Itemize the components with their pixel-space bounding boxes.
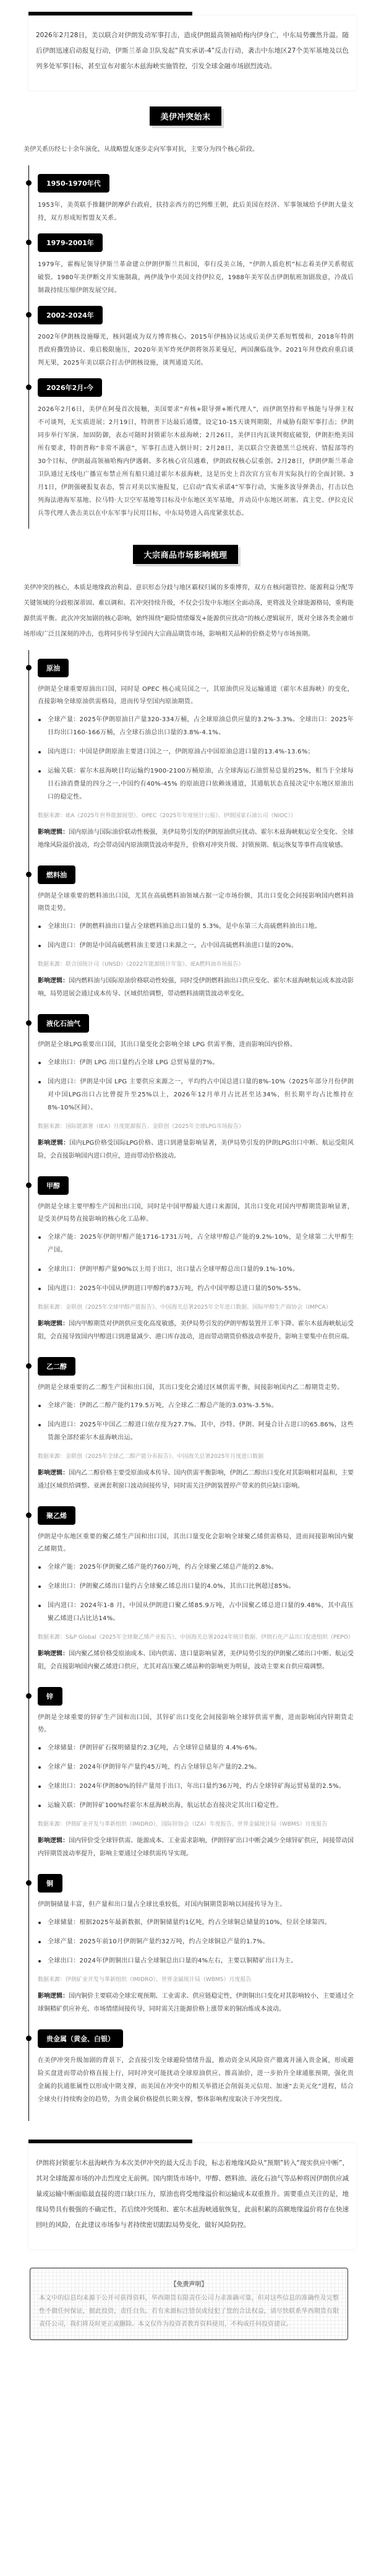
commodity-bullets: 全球产能：伊朗乙二醇产能约179.5万吨，占全球乙二醇总产能的3.03%-3.5…: [38, 1399, 354, 1444]
timeline-item: 2002-2024年 2002年伊朗核设施曝光，核问题成为双方博弈核心。2015…: [38, 306, 354, 370]
bullet-item: 全球出口：2024年伊朗80%的锌产量用于出口，年出口量约36万吨，约占全球锌矿…: [38, 1780, 354, 1793]
impact-logic: 影响逻辑：国内原油与国际油价联动性极强，美伊局势引发的伊朗原油供应扰动、霍尔木兹…: [38, 826, 354, 852]
commodity-bullets: 全球产量：2025年伊朗原油日产量320-334万桶，占全球原油总供应量的3.2…: [38, 713, 354, 804]
commodity-methanol: 甲醇 伊朗是全球主要甲醇生产国和出口国，同时是中国甲醇最大进口来源国，其出口变化…: [38, 1176, 354, 1343]
bullet-item: 全球产能：伊朗乙二醇产能约179.5万吨，占全球乙二醇总产能的3.03%-3.5…: [38, 1399, 354, 1412]
commodity-tag: 燃料油: [38, 865, 75, 884]
impact-logic: 影响逻辑：国内铜价主要联动全球宏观预期、工业需求、供应链稳定性，伊朗铜出口变化对…: [38, 1990, 354, 2016]
impact-label: 影响逻辑：: [38, 1321, 69, 1327]
timeline-text: 1979年，霍梅尼领导伊斯兰革命建立伊朗伊斯兰共和国，奉行反美立场，“伊朗人质危…: [38, 258, 354, 297]
timeline-text: 1953年，美英联手推翻伊朗摩萨台政府，扶持亲西方的巴列维王朝，此后美国在经济、…: [38, 199, 354, 225]
bullet-item: 国内进口：2024年1-8 月，中国从伊朗进口聚乙烯85.9万吨，占中国聚乙烯总…: [38, 1599, 354, 1625]
impact-logic: 影响逻辑：国内甲醇期货对伊朗供应变化高度敏感，美伊局势引发的伊朗甲醇装置开工率下…: [38, 1317, 354, 1343]
bullet-item: 全球产量：2025年伊朗原油日产量320-334万桶，占全球原油总供应量的3.2…: [38, 713, 354, 739]
impact-text: 国内LPG价格受国际LPG价格、进口到港量影响显著，美伊局势引发的伊朗LPG出口…: [38, 1140, 354, 1160]
section-title-commodities: 大宗商品市场影响梳理: [133, 545, 237, 564]
commodity-tag: 贵金属（黄金、白银）: [38, 2029, 123, 2048]
commodity-intro: 伊朗是全球重要的燃料油出口国，尤其在高硫燃料油领域占据一定市场份额，其出口变化会…: [38, 890, 354, 915]
section1-lead: 美伊关系历经七十余年演化，从战略盟友逐步走向军事对抗，主要分为四个核心阶段。: [23, 142, 354, 157]
commodity-polyethylene: 聚乙烯 伊朗是中东地区重要的聚乙烯生产国和出口国，其出口量变化会影响全球聚乙烯供…: [38, 1506, 354, 1673]
bullet-item: 全球产能：2025年伊朗甲醇产能1716-1731万吨，占全球甲醇总产能的9.2…: [38, 1231, 354, 1257]
impact-label: 影响逻辑：: [38, 1650, 69, 1657]
bullet-item: 国内进口：伊朗是中国高硫燃料油主要进口来源之一，占中国高硫燃料油进口量的20%。: [38, 939, 354, 952]
bullet-item: 全球产量：2025年前10月伊朗铜产量约32万吨，约占全球铜总产量的1.7%。: [38, 1935, 354, 1948]
article-page: 2026年2月28日，美以联合对伊朗发动军事打击，造成伊朗最高领袖哈梅内伊身亡，…: [0, 12, 371, 2365]
bullet-item: 国内进口：中国是伊朗原油主要进口国之一，伊朗原油占中国原油总进口量的13.4%-…: [38, 745, 354, 758]
bullet-item: 运输关联：伊朗锌矿100%经霍尔木兹海峡出海，航运状态直接决定其出口稳定性。: [38, 1799, 354, 1812]
impact-text: 国内铜价主要联动全球宏观预期、工业需求、供应链稳定性，伊朗铜出口变化对其影响较小…: [38, 1993, 354, 2013]
commodity-intro: 伊朗是中东地区重要的聚乙烯生产国和出口国，其出口量变化会影响全球聚乙烯供需格局，…: [38, 1531, 354, 1556]
disclaimer-title: 【免责声明】: [39, 2279, 339, 2291]
commodity-bullets: 全球储量：根据2025年最新数据，伊朗铜储量约1亿吨，约占全球铜总储量的10%，…: [38, 1916, 354, 1967]
impact-text: 国内燃料油与国际原油价格联动性较强，同时受伊朗燃料油出口供应变化、霍尔木兹海峡航…: [38, 978, 354, 997]
timeline-tag: 2002-2024年: [38, 306, 103, 324]
commodity-bullets: 全球产能：2025年伊朗甲醇产能1716-1731万吨，占全球甲醇总产能的9.2…: [38, 1231, 354, 1295]
commodity-tag: 铜: [38, 1874, 62, 1893]
data-source: 数据来源：伊朗矿业开发与革新组织（IMIDRO）、国际锌协会（IZA）年度报告、…: [38, 1818, 354, 1831]
timeline-dot-icon: [26, 1182, 32, 1188]
impact-label: 影响逻辑：: [38, 1140, 69, 1147]
impact-label: 影响逻辑：: [38, 978, 69, 984]
data-source: 数据来源：联合国统计司（UNSD）《2022年能源统计年鉴》、IEA燃料油市场报…: [38, 958, 354, 971]
commodity-intro: 伊朗是全球重要的乙二醇生产国和出口国，其出口变化会通过区域供需平衡，间接影响国内…: [38, 1382, 354, 1394]
impact-text: 国内乙二醇价格主要受原油成本传导、国内供需平衡影响，伊朗乙二醇出口变化对其影响相…: [38, 1470, 354, 1490]
impact-label: 影响逻辑：: [38, 1470, 69, 1477]
timeline-dot-icon: [26, 1363, 32, 1369]
commodity-precious-metals: 贵金属（黄金、白银） 在美伊冲突升级加剧的背景下，会直接引发全球避险情绪升温，推…: [38, 2029, 354, 2106]
data-source: 数据来源：S&P Global《2025年全球聚乙烯产业报告》、中国海关总署20…: [38, 1631, 354, 1644]
impact-logic: 影响逻辑：国内锌价受全球锌供需、能源成本、工业需求影响，伊朗锌矿出口中断会减少全…: [38, 1834, 354, 1860]
impact-text: 国内锌价受全球锌供需、能源成本、工业需求影响，伊朗锌矿出口中断会减少全球锌矿供应…: [38, 1837, 354, 1857]
conflict-timeline: 1950-1970年代 1953年，美英联手推翻伊朗摩萨台政府，扶持亲西方的巴列…: [28, 165, 354, 529]
bullet-item: 全球出口：伊朗聚乙烯出口量约占全球聚乙烯总出口量的4.0%，其出口比例超过85%…: [38, 1580, 354, 1593]
commodity-lpg: 液化石油气 伊朗是全球LPG重要出口国，其出口量变化会影响全球 LPG 供需平衡…: [38, 1014, 354, 1163]
bullet-item: 全球出口：伊朗 LPG 出口量约占全球 LPG 总贸易量的7%。: [38, 1056, 354, 1069]
data-source: 数据来源：金联创《2025年全球乙二醇产能分布报告》、中国海关总署2025年月度…: [38, 1451, 354, 1463]
timeline-text: 2002年伊朗核设施曝光，核问题成为双方博弈核心。2015年伊核协议达成后美伊关…: [38, 331, 354, 370]
data-source: 数据来源：金联创《2025年全球甲醇产能报告》、中国海关总署2025年全年进口数…: [38, 1301, 354, 1314]
commodity-tag: 原油: [38, 659, 69, 677]
bullet-item: 全球出口：伊朗燃料油出口量占全球燃料油总出口量的 5.3%，是中东第三大高硫燃料…: [38, 920, 354, 933]
commodity-crude-oil: 原油 伊朗是全球重要原油出口国，同时是 OPEC 核心成员国之一，其原油供应及运…: [38, 659, 354, 852]
timeline-dot-icon: [26, 240, 32, 245]
bullet-item: 运输关联：霍尔木兹海峡日均运输约1900-2100万桶原油，占全球海运石油贸易总…: [38, 765, 354, 804]
commodity-tag: 聚乙烯: [38, 1506, 75, 1525]
commodity-intro: 伊朗是全球重要的锌矿生产国和出口国，其锌矿出口变化会间接影响全球锌供需平衡，进而…: [38, 1712, 354, 1737]
intro-text: 2026年2月28日，美以联合对伊朗发动军事打击，造成伊朗最高领袖哈梅内伊身亡，…: [36, 28, 349, 74]
timeline-tag: 2026年2月-今: [38, 378, 102, 397]
commodity-tag: 乙二醇: [38, 1357, 75, 1376]
conclusion-text: 伊朗将封锁霍尔木兹海峡作为本次美伊冲突的最大反击手段，标志着地缘风险从“预期”转…: [36, 2156, 349, 2233]
timeline-item: 2026年2月-今 2026年2月6日，美伊在阿曼首次接触，美国要求“弃核+限导…: [38, 378, 354, 520]
timeline-dot-icon: [26, 384, 32, 390]
commodity-intro: 伊朗铜储量丰富，但产量和出口量占全球比重较低，对国内铜期货影响以间接传导为主。: [38, 1899, 354, 1911]
bullet-item: 全球储量：伊朗锌矿石探明储量约2.3亿吨，占全球锌总储量的 4.4%-6%。: [38, 1741, 354, 1754]
commodity-ethylene-glycol: 乙二醇 伊朗是全球重要的乙二醇生产国和出口国，其出口变化会通过区域供需平衡，间接…: [38, 1357, 354, 1493]
bullet-item: 国内进口：伊朗是中国 LPG 主要供应来源之一，平均约占中国总进口量的8%-10…: [38, 1075, 354, 1114]
commodity-bullets: 全球产能：2025年伊朗聚乙烯产能约760万吨，约占全球聚乙烯总产能的2.8%。…: [38, 1561, 354, 1625]
commodity-timeline: 原油 伊朗是全球重要原油出口国，同时是 OPEC 核心成员国之一，其原油供应及运…: [28, 650, 354, 2121]
conclusion-card: 伊朗将封锁霍尔木兹海峡作为本次美伊冲突的最大反击手段，标志着地缘风险从“预期”转…: [28, 2140, 356, 2249]
timeline-tag: 1950-1970年代: [38, 174, 109, 193]
timeline-dot-icon: [26, 1020, 32, 1026]
section-title-conflict: 美伊冲突始末: [150, 106, 221, 126]
commodity-intro: 伊朗是全球LPG重要出口国，其出口量变化会影响全球 LPG 供需平衡，进而影响国…: [38, 1039, 354, 1051]
impact-text: 国内聚乙烯价格受原油成本、国内供需、进口量影响显著，美伊局势引发的伊朗聚乙烯出口…: [38, 1650, 354, 1670]
impact-logic: 影响逻辑：国内聚乙烯价格受原油成本、国内供需、进口量影响显著，美伊局势引发的伊朗…: [38, 1647, 354, 1673]
timeline-dot-icon: [26, 1512, 32, 1518]
timeline-item: 1950-1970年代 1953年，美英联手推翻伊朗摩萨台政府，扶持亲西方的巴列…: [38, 174, 354, 225]
bullet-item: 全球出口：2024年伊朗铜出口量占全球铜总出口量的4%左右，主要以铜精矿出口为主…: [38, 1954, 354, 1967]
commodity-zinc: 锌 伊朗是全球重要的锌矿生产国和出口国，其锌矿出口变化会间接影响全球锌供需平衡，…: [38, 1687, 354, 1860]
timeline-dot-icon: [26, 1880, 32, 1886]
timeline-item: 1979-2001年 1979年，霍梅尼领导伊斯兰革命建立伊朗伊斯兰共和国，奉行…: [38, 233, 354, 297]
commodity-bullets: 全球储量：伊朗锌矿石探明储量约2.3亿吨，占全球锌总储量的 4.4%-6%。 全…: [38, 1741, 354, 1812]
impact-label: 影响逻辑：: [38, 1837, 69, 1844]
impact-logic: 影响逻辑：国内乙二醇价格主要受原油成本传导、国内供需平衡影响，伊朗乙二醇出口变化…: [38, 1467, 354, 1493]
timeline-dot-icon: [26, 1693, 32, 1699]
bullet-item: 全球产能：2025年伊朗聚乙烯产能约760万吨，约占全球聚乙烯总产能的2.8%。: [38, 1561, 354, 1574]
timeline-dot-icon: [26, 665, 32, 670]
commodity-intro: 在美伊冲突升级加剧的背景下，会直接引发全球避险情绪升温，推动资金从风险资产撤离并…: [38, 2054, 354, 2106]
commodity-bullets: 全球出口：伊朗 LPG 出口量约占全球 LPG 总贸易量的7%。 国内进口：伊朗…: [38, 1056, 354, 1114]
timeline-dot-icon: [26, 180, 32, 186]
bullet-item: 全球储量：根据2025年最新数据，伊朗铜储量约1亿吨，约占全球铜总储量的10%，…: [38, 1916, 354, 1929]
bullet-item: 全球产量：2024年伊朗锌年产量约45万吨，约占全球锌总年产量的2.2%。: [38, 1761, 354, 1774]
commodity-intro: 伊朗是全球主要甲醇生产国和出口国，同时是中国甲醇最大进口来源国，其出口变化对国内…: [38, 1201, 354, 1226]
timeline-dot-icon: [26, 872, 32, 877]
section2-lead: 美伊冲突的核心，本质是地缘政治利益、意识形态分歧与地区霸权归属的多重博弈，双方在…: [23, 580, 354, 642]
timeline-tag: 1979-2001年: [38, 233, 103, 252]
commodity-tag: 液化石油气: [38, 1014, 89, 1033]
impact-logic: 影响逻辑：国内燃料油与国际原油价格联动性较强，同时受伊朗燃料油出口供应变化、霍尔…: [38, 974, 354, 1000]
commodity-tag: 甲醇: [38, 1176, 69, 1195]
timeline-dot-icon: [26, 312, 32, 318]
timeline-dot-icon: [26, 2036, 32, 2041]
impact-logic: 影响逻辑：国内LPG价格受国际LPG价格、进口到港量影响显著，美伊局势引发的伊朗…: [38, 1137, 354, 1163]
commodity-copper: 铜 伊朗铜储量丰富，但产量和出口量占全球比重较低，对国内铜期货影响以间接传导为主…: [38, 1874, 354, 2016]
impact-label: 影响逻辑：: [38, 1993, 69, 2000]
bullet-item: 全球出口：伊朗甲醇产量90%以上用于出口，出口量占全球甲醇总出口量的9.1%-1…: [38, 1263, 354, 1276]
commodity-tag: 锌: [38, 1687, 62, 1706]
bullet-item: 国内进口：2025年中国从伊朗进口甲醇约873万吨，约占中国甲醇总进口量的50%…: [38, 1282, 354, 1295]
data-source: 数据来源：IEA《2025年世界能源展望》、OPEC《2025年年度统计公报》、…: [38, 810, 354, 822]
data-source: 数据来源：国际能源署（IEA）月度能源报告、金联创《2025年全球LPG市场报告…: [38, 1121, 354, 1133]
impact-text: 国内甲醇期货对伊朗供应变化高度敏感，美伊局势引发的伊朗甲醇装置开工率下降、霍尔木…: [38, 1321, 354, 1340]
commodity-intro: 伊朗是全球重要原油出口国，同时是 OPEC 核心成员国之一，其原油供应及运输通道…: [38, 683, 354, 708]
intro-card: 2026年2月28日，美以联合对伊朗发动军事打击，造成伊朗最高领袖哈梅内伊身亡，…: [28, 12, 356, 90]
data-source: 数据来源：伊朗矿业开发与革新组织（IMIDRO）、世界金属统计局（WBMS）月度…: [38, 1974, 354, 1986]
commodity-bullets: 全球出口：伊朗燃料油出口量占全球燃料油总出口量的 5.3%，是中东第三大高硫燃料…: [38, 920, 354, 952]
disclaimer-box: 【免责声明】 本文中的信息均来源于公开可获得资料，华西期货有限责任公司力求准确可…: [30, 2268, 348, 2340]
impact-label: 影响逻辑：: [38, 829, 69, 836]
disclaimer-body: 本文中的信息均来源于公开可获得资料，华西期货有限责任公司力求准确可靠，但对这些信…: [39, 2292, 339, 2331]
timeline-text: 2026年2月6日，美伊在阿曼首次接触，美国要求“弃核+限导弹+断代理人”，而伊…: [38, 403, 354, 520]
impact-text: 国内原油与国际油价联动性极强，美伊局势引发的伊朗原油供应扰动、霍尔木兹海峡航运安…: [38, 829, 354, 849]
bullet-item: 国内进口：2025年中国乙二醇进口依存度为27.7%。其中，沙特、伊朗、阿曼合计…: [38, 1418, 354, 1444]
commodity-fuel-oil: 燃料油 伊朗是全球重要的燃料油出口国，尤其在高硫燃料油领域占据一定市场份额，其出…: [38, 865, 354, 1000]
